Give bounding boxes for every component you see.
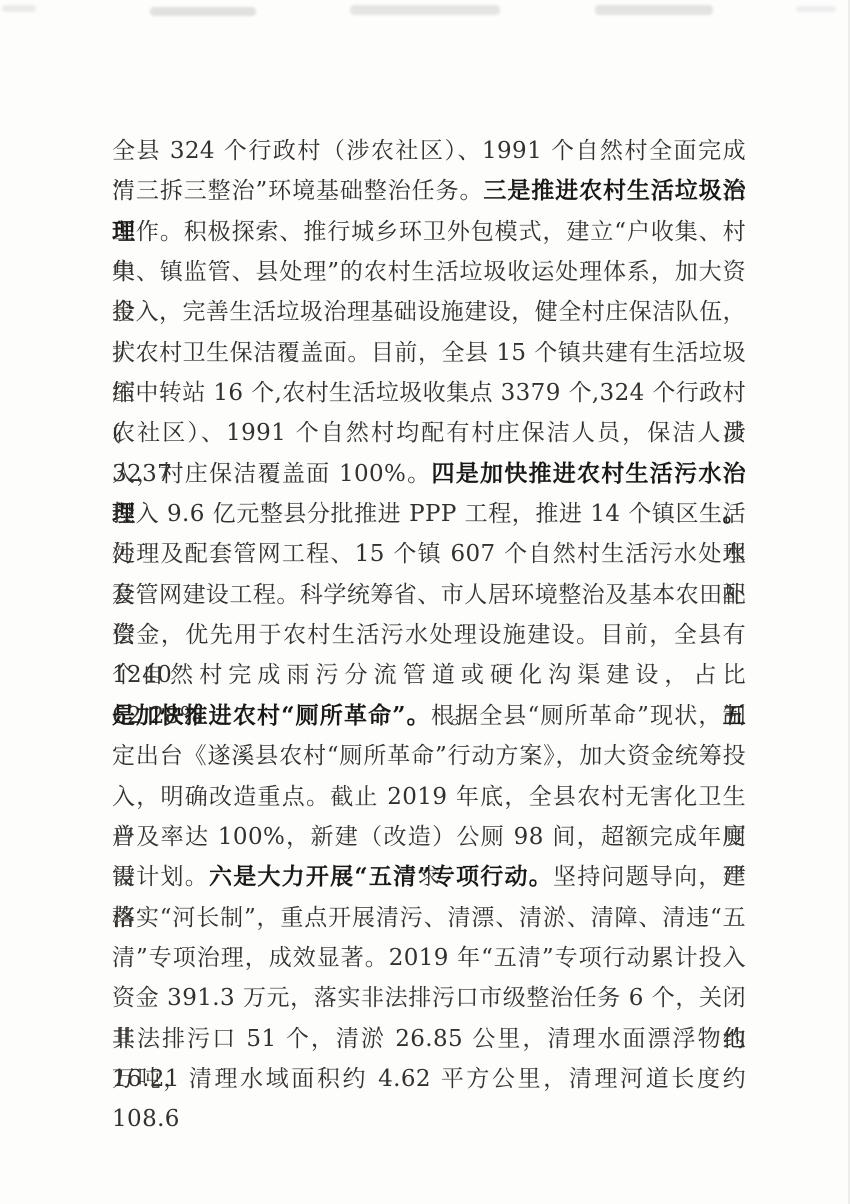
text-line: 普及率达 100%，新建（改造）公厕 98 间，超额完成年度需求建: [112, 817, 746, 857]
text-line: 设计划。六是大力开展“五清”专项行动。坚持问题导向，严格: [112, 857, 746, 897]
text-segment: 万吨，清理水域面积约 4.62 平方公里，清理河道长度约 108.6: [112, 1066, 746, 1132]
text-line: 中、镇监管、县处理”的农村生活垃圾收运处理体系，加大资金: [112, 252, 746, 292]
scan-artifact: [350, 5, 500, 15]
text-line: 是加快推进农村“厕所革命”。根据全县“厕所革命”现状，制: [112, 696, 746, 736]
text-line: 入，明确改造重点。截止 2019 年底，全县农村无害化卫生户厕: [112, 777, 746, 817]
scan-artifact: [2, 5, 36, 12]
text-line: 万吨，清理水域面积约 4.62 平方公里，清理河道长度约 108.6: [112, 1059, 746, 1099]
text-segment-bold: 六是大力开展“五清”专项行动。: [209, 863, 553, 890]
text-line: 清”专项治理，成效显著。2019 年“五清”专项行动累计投入: [112, 938, 746, 978]
text-line: 全县 324 个行政村（涉农社区）、1991 个自然村全面完成“三: [112, 131, 746, 171]
scan-artifact: [796, 6, 836, 12]
text-line: 投入，完善生活垃圾治理基础设施建设，健全村庄保洁队伍，扩: [112, 292, 746, 332]
text-segment: 清”专项治理，成效显著。2019 年“五清”专项行动累计投入: [112, 945, 746, 971]
text-segment: 清三拆三整治”环境基础整治任务。: [112, 178, 483, 204]
text-line: 处理及配套管网工程、15 个镇 607 个自然村生活污水处理及配: [112, 534, 746, 574]
text-segment: 根据全县“厕所革命”现状，制: [431, 703, 746, 729]
text-line: 非法排污口 51 个，清淤 26.85 公里，清理水面漂浮物约 16.21: [112, 1019, 746, 1059]
text-line: 落实“河长制”，重点开展清污、清漂、清淤、清障、清违“五: [112, 898, 746, 938]
scanned-document-page: 全县 324 个行政村（涉农社区）、1991 个自然村全面完成“三清三拆三整治”…: [0, 0, 850, 1204]
text-segment: 落实“河长制”，重点开展清污、清漂、清淤、清障、清违“五: [112, 905, 746, 931]
text-line: 套管网建设工程。科学统筹省、市人居环境整治及基本农田补偿: [112, 575, 746, 615]
text-segment-bold: 是加快推进农村“厕所革命”。: [112, 702, 431, 729]
text-line: 资金 391.3 万元，落实非法排污口市级整治任务 6 个，关闭其他: [112, 978, 746, 1018]
text-line: 缩中转站 16 个,农村生活垃圾收集点 3379 个,324 个行政村(涉: [112, 373, 746, 413]
text-segment: 人，村庄保洁覆盖面 100%。: [112, 461, 431, 487]
text-line: 大农村卫生保洁覆盖面。目前，全县 15 个镇共建有生活垃圾压: [112, 333, 746, 373]
document-text: 全县 324 个行政村（涉农社区）、1991 个自然村全面完成“三清三拆三整治”…: [112, 131, 746, 1099]
text-line: 资金，优先用于农村生活污水处理设施建设。目前，全县有 1240: [112, 615, 746, 655]
text-line: 工作。积极探索、推行城乡环卫外包模式，建立“户收集、村集: [112, 212, 746, 252]
text-line: 个自然村完成雨污分流管道或硬化沟渠建设，占比 62.28%。五: [112, 655, 746, 695]
text-segment: 设计划。: [112, 864, 209, 890]
text-line: 人，村庄保洁覆盖面 100%。四是加快推进农村生活污水治理。: [112, 454, 746, 494]
text-line: 清三拆三整治”环境基础整治任务。三是推进农村生活垃圾治理: [112, 171, 746, 211]
text-segment: 定出台《遂溪县农村“厕所革命”行动方案》，加大资金统筹投: [112, 743, 746, 769]
scan-artifact: [595, 5, 713, 15]
text-line: 投入 9.6 亿元整县分批推进 PPP 工程，推进 14 个镇区生活污水: [112, 494, 746, 534]
text-line: 定出台《遂溪县农村“厕所革命”行动方案》，加大资金统筹投: [112, 736, 746, 776]
text-line: 农社区）、1991 个自然村均配有村庄保洁人员，保洁人员 3237: [112, 413, 746, 453]
scan-artifact: [150, 7, 256, 16]
